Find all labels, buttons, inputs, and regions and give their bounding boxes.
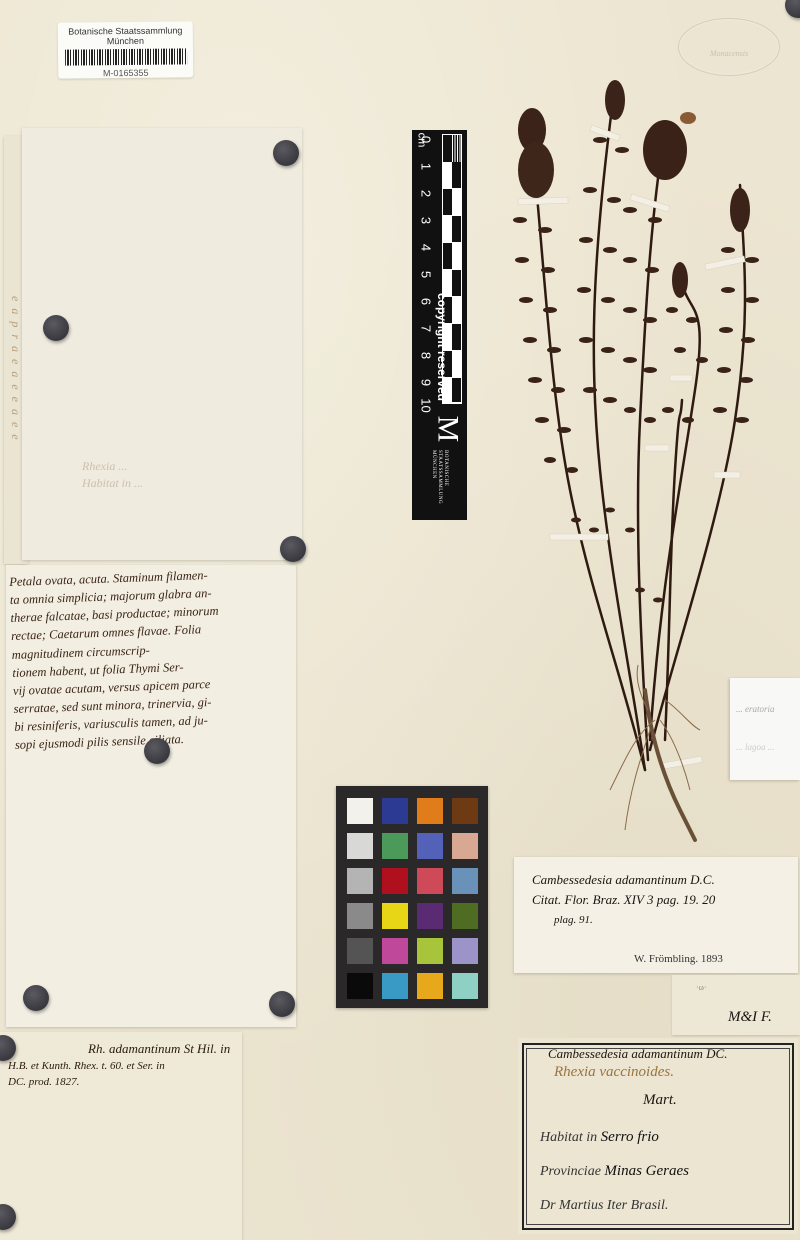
white-card-line: ... lagoa ... [736, 742, 800, 752]
color-swatch [452, 973, 478, 999]
slip-mark: ·ω· [696, 983, 707, 992]
label-province: Provinciae Minas Geraes [540, 1163, 689, 1180]
ruler-institution: BOTANISCHE STAATSSAMMLUNG MÜNCHEN [430, 450, 448, 504]
magnet-icon [144, 738, 170, 764]
embossed-stamp: Monacensis [678, 18, 780, 76]
color-swatch [417, 903, 443, 929]
note-line: H.B. et Kunth. Rhex. t. 60. et Ser. in [8, 1059, 240, 1075]
original-collection-label: Cambessedesia adamantinum DC. Rhexia vac… [518, 1038, 798, 1234]
magnet-icon [280, 536, 306, 562]
color-swatch [382, 938, 408, 964]
habitat-prefix: Habitat in [540, 1130, 597, 1145]
reference-note: Rh. adamantinum St Hil. in H.B. et Kunth… [8, 1040, 240, 1091]
small-slip: ·ω· M&I F. [672, 975, 800, 1035]
barcode-label: Botanische Staatssammlung München M-0165… [58, 21, 194, 78]
ruler-tick-label: 8 [419, 346, 434, 366]
barcode-id: M-0165355 [58, 67, 193, 78]
slip-text: M&I F. [728, 1009, 772, 1026]
color-swatch [382, 973, 408, 999]
millimeter-ticks [452, 135, 461, 162]
ruler-tick-label: 3 [419, 211, 434, 231]
ruler-tick-label: 5 [419, 265, 434, 285]
color-swatch [417, 798, 443, 824]
ruler-tick-label: 4 [419, 238, 434, 258]
color-swatch [382, 903, 408, 929]
magnet-icon [23, 985, 49, 1011]
strip-faded-writing: e a p r a e a e e a e e [8, 296, 23, 442]
ruler-tick-label: 9 [419, 373, 434, 393]
province-value: Minas Geraes [604, 1163, 689, 1179]
det-line-plate: plag. 91. [554, 913, 593, 929]
magnet-icon [273, 140, 299, 166]
color-swatch [452, 903, 478, 929]
label-basionym: Rhexia vaccinoides. [554, 1064, 674, 1081]
note-line: Rh. adamantinum St Hil. in [8, 1040, 240, 1059]
latin-description-note: Petala ovata, acuta. Staminum filamen- t… [9, 563, 299, 754]
ruler-tick-label: 6 [419, 292, 434, 312]
color-swatch [347, 833, 373, 859]
faded-backnote: Rhexia ... Habitat in ... [82, 458, 143, 493]
blank-folded-sheet: Rhexia ... Habitat in ... [22, 128, 302, 560]
color-swatch [347, 938, 373, 964]
scale-ruler: cm 0 1 2 3 4 5 6 7 8 9 10 copyright rese… [412, 130, 467, 520]
white-card: ... eratoria ... lagoa ... [730, 678, 800, 780]
province-prefix: Provinciae [540, 1164, 601, 1179]
magnet-icon [785, 0, 800, 18]
color-swatch [452, 868, 478, 894]
magnet-icon [43, 315, 69, 341]
faded-line: Habitat in ... [82, 475, 143, 492]
ruler-tick-label: 1 [419, 157, 434, 177]
determination-label: Cambessedesia adamantinum D.C. Citat. Fl… [514, 857, 798, 973]
color-swatch [347, 903, 373, 929]
color-swatch [382, 868, 408, 894]
label-author: Mart. [643, 1092, 677, 1109]
color-swatch [452, 833, 478, 859]
color-swatch [347, 868, 373, 894]
color-swatch [417, 833, 443, 859]
white-card-line: ... eratoria [736, 704, 800, 714]
institution-logo-icon: M [430, 416, 464, 443]
color-swatch [382, 833, 408, 859]
copyright-text: copyright reserved [435, 267, 449, 427]
color-swatch [452, 938, 478, 964]
institution-name: Botanische Staatssammlung München [58, 25, 193, 46]
inst-line: BOTANISCHE [442, 450, 448, 504]
barcode [64, 48, 186, 65]
color-calibration-chart [336, 786, 488, 1008]
ruler-tick-label: 0 [419, 130, 434, 150]
label-accepted-name: Cambessedesia adamantinum DC. [548, 1046, 727, 1062]
faded-line: Rhexia ... [82, 458, 143, 475]
determiner: W. Frömbling. 1893 [634, 953, 723, 965]
stamp-text: Monacensis [679, 49, 779, 58]
ruler-tick-label: 10 [419, 396, 434, 416]
note-line: DC. prod. 1827. [8, 1075, 240, 1091]
habitat-value: Serro frio [601, 1129, 659, 1145]
det-line-taxon: Cambessedesia adamantinum D.C. [532, 871, 715, 890]
color-swatch [452, 798, 478, 824]
magnet-icon [269, 991, 295, 1017]
ruler-tick-label: 2 [419, 184, 434, 204]
color-swatch [417, 973, 443, 999]
color-swatch [417, 938, 443, 964]
det-line-citation: Citat. Flor. Braz. XIV 3 pag. 19. 20 [532, 891, 715, 910]
color-swatch [347, 973, 373, 999]
label-collector: Dr Martius Iter Brasil. [540, 1198, 668, 1214]
color-swatch [347, 798, 373, 824]
color-swatch [417, 868, 443, 894]
swatch-grid [347, 798, 478, 999]
label-habitat: Habitat in Serro frio [540, 1129, 659, 1146]
ruler-tick-label: 7 [419, 319, 434, 339]
inst-line: STAATSSAMMLUNG [436, 450, 442, 504]
color-swatch [382, 798, 408, 824]
